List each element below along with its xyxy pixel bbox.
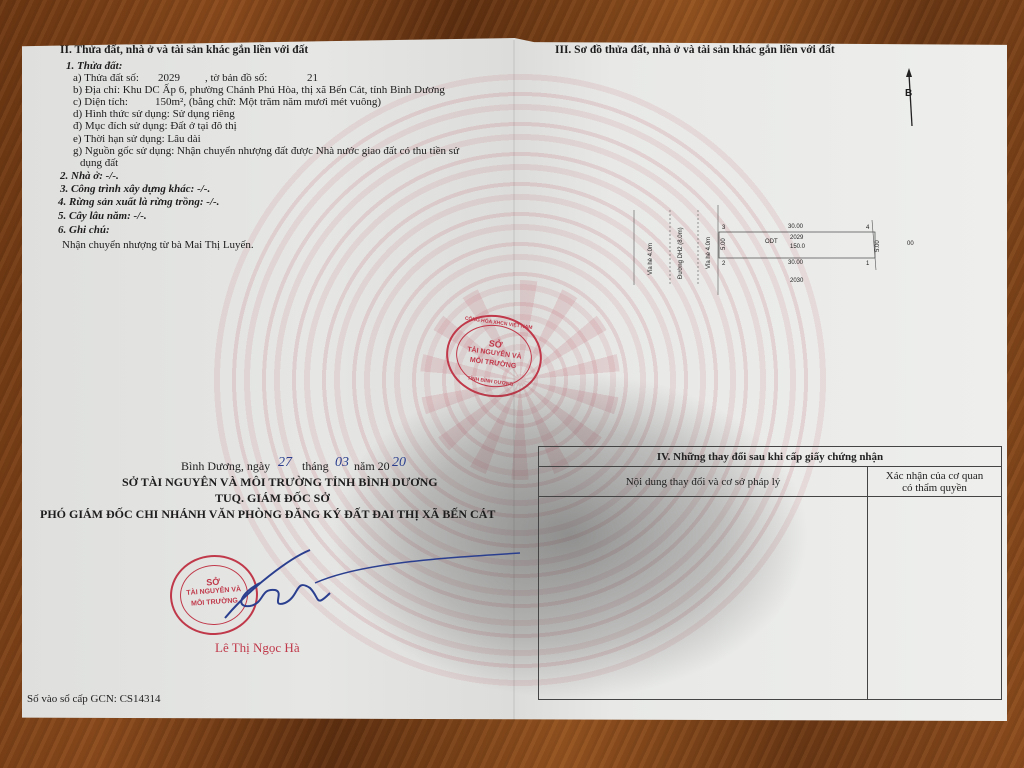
usage-purpose: đ) Mục đích sử dụng: Đất ở tại đô thị <box>73 120 237 132</box>
section2-title: II. Thửa đất, nhà ở và tài sản khác gắn … <box>60 44 308 56</box>
date-month: 03 <box>335 455 349 471</box>
map-sheet-value: 21 <box>307 72 318 84</box>
column-authority-line2: có thẩm quyền <box>872 482 997 494</box>
house-item: 2. Nhà ở: -/-. <box>60 170 119 182</box>
month-label: tháng <box>302 459 329 474</box>
issuing-agency: SỞ TÀI NGUYÊN VÀ MÔI TRƯỜNG TỈNH BÌNH DƯ… <box>122 475 438 490</box>
map-sheet-label: , tờ bản đồ số: <box>205 72 267 84</box>
authority-confirmation-cell <box>868 497 1002 700</box>
address-line: b) Địa chỉ: Khu DC Ấp 6, phường Chánh Ph… <box>73 84 445 96</box>
corner-4: 4 <box>866 225 869 231</box>
bottom-length: 30.00 <box>788 260 803 266</box>
usage-form: d) Hình thức sử dụng: Sử dụng riêng <box>73 108 235 120</box>
sidewalk-label-1: Vỉa hè 4.0m <box>648 243 654 275</box>
top-length: 30.00 <box>788 224 803 230</box>
sidewalk-label-2: Vỉa hè 4.0m <box>706 237 712 269</box>
left-width: 5.00 <box>721 238 727 250</box>
signer-position: PHÓ GIÁM ĐỐC CHI NHÁNH VĂN PHÒNG ĐĂNG KÝ… <box>40 507 495 522</box>
area-value: 150m², (bằng chữ: Một trăm năm mươi mét … <box>155 96 381 108</box>
road-label: Đường DH2 (8.0m) <box>678 227 684 279</box>
corner-3: 3 <box>722 225 725 231</box>
parcel-diagram-lines <box>620 205 940 295</box>
usage-origin: g) Nguồn gốc sử dụng: Nhận chuyển nhượng… <box>73 145 459 157</box>
date-prefix: Bình Dương, ngày <box>181 459 270 474</box>
section3-title: III. Sơ đồ thửa đất, nhà ở và tài sản kh… <box>555 44 835 56</box>
parcel-area-diagram: 150.0 <box>790 244 805 250</box>
notes-text: Nhận chuyển nhượng từ bà Mai Thị Luyến. <box>62 239 254 251</box>
usage-term: e) Thời hạn sử dụng: Lâu dài <box>73 133 201 145</box>
perennial-item: 5. Cây lâu năm: -/-. <box>58 210 147 222</box>
parcel-number-label: a) Thửa đất số: <box>73 72 139 84</box>
changes-table: IV. Những thay đổi sau khi cấp giấy chứn… <box>538 446 1002 700</box>
neighbor-parcel-below: 2030 <box>790 278 803 284</box>
column-authority-confirmation: Xác nhận của cơ quan có thẩm quyền <box>868 467 1002 497</box>
change-content-cell <box>539 497 868 700</box>
section4-title: IV. Những thay đổi sau khi cấp giấy chứn… <box>539 447 1002 467</box>
land-type-code: ODT <box>765 239 778 245</box>
parcel-number-value: 2029 <box>158 72 180 84</box>
handwritten-signature <box>220 548 540 638</box>
right-width: 5.00 <box>875 240 881 252</box>
column-change-content: Nội dung thay đổi và cơ sở pháp lý <box>539 467 868 497</box>
date-year: 20 <box>392 455 406 471</box>
signer-name: Lê Thị Ngọc Hà <box>215 640 300 656</box>
neighbor-parcel-right: 00 <box>907 241 914 247</box>
date-day: 27 <box>278 455 292 471</box>
forest-item: 4. Rừng sản xuất là rừng trồng: -/-. <box>58 196 219 208</box>
registry-number: Số vào sổ cấp GCN: CS14314 <box>27 693 161 705</box>
area-label: c) Diện tích: <box>73 96 128 108</box>
corner-2: 2 <box>722 261 725 267</box>
year-label: năm 20 <box>354 459 390 474</box>
notes-heading: 6. Ghi chú: <box>58 224 110 236</box>
on-behalf-title: TUQ. GIÁM ĐỐC SỞ <box>215 491 330 506</box>
parcel-heading: 1. Thửa đất: <box>66 60 122 72</box>
other-works-item: 3. Công trình xây dựng khác: -/-. <box>60 183 210 195</box>
parcel-diagram: Vỉa hè 4.0m Đường DH2 (8.0m) Vỉa hè 4.0m… <box>620 205 940 295</box>
usage-origin-cont: dụng đất <box>80 157 118 169</box>
north-label: B <box>905 88 912 99</box>
parcel-number-diagram: 2029 <box>790 235 803 241</box>
corner-1: 1 <box>866 261 869 267</box>
column-authority-line1: Xác nhận của cơ quan <box>872 470 997 482</box>
